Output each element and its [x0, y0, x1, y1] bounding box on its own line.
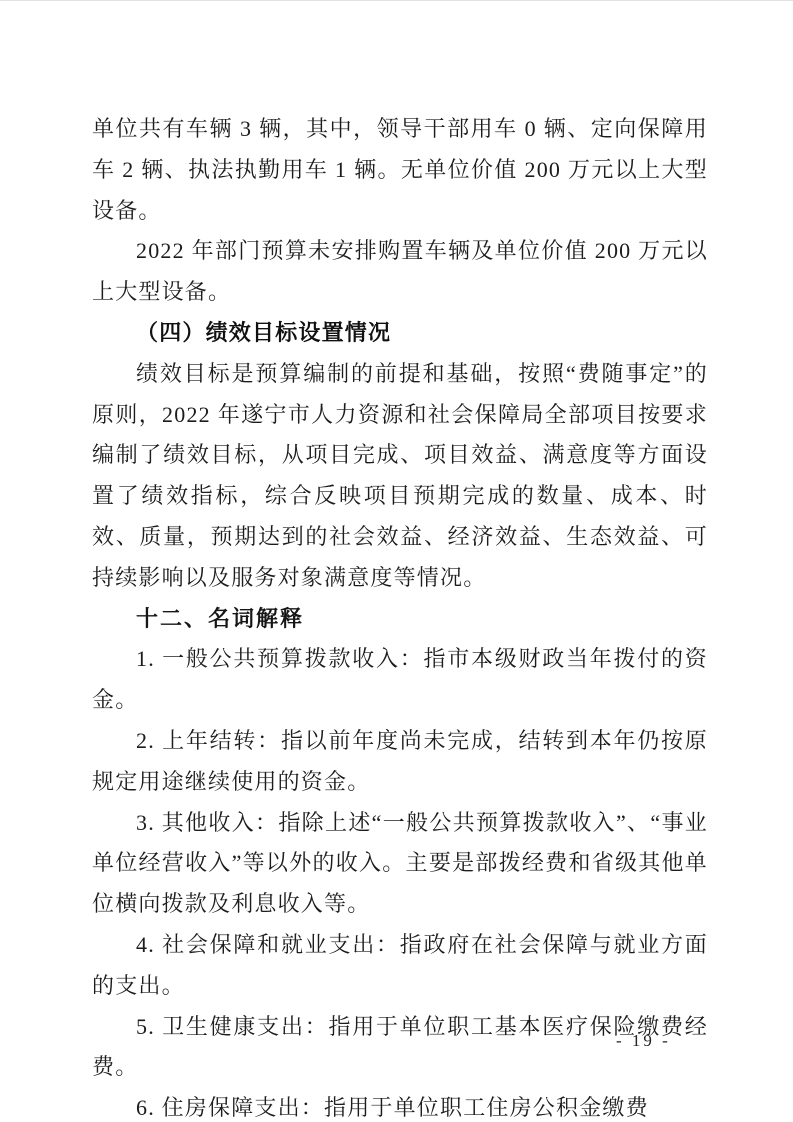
glossary-item-3: 3. 其他收入：指除上述“一般公共预算拨款收入”、“事业单位经营收入”等以外的收… — [92, 803, 708, 925]
paragraph-budget-no-purchase: 2022 年部门预算未安排购置车辆及单位价值 200 万元以上大型设备。 — [92, 231, 708, 313]
glossary-item-6: 6. 住房保障支出：指用于单位职工住房公积金缴费 — [92, 1088, 708, 1122]
section-heading-performance-targets: （四）绩效目标设置情况 — [92, 313, 708, 354]
glossary-item-1: 1. 一般公共预算拨款收入：指市本级财政当年拨付的资金。 — [92, 639, 708, 721]
paragraph-performance-targets-body: 绩效目标是预算编制的前提和基础，按照“费随事定”的原则，2022 年遂宁市人力资… — [92, 354, 708, 599]
section-heading-glossary: 十二、名词解释 — [92, 599, 708, 640]
document-page: { "document": { "paragraphs": { "vehicle… — [0, 0, 793, 1122]
glossary-item-4: 4. 社会保障和就业支出：指政府在社会保障与就业方面的支出。 — [92, 925, 708, 1007]
page-background: 单位共有车辆 3 辆，其中，领导干部用车 0 辆、定向保障用车 2 辆、执法执勤… — [0, 0, 793, 1122]
page-text-block: 单位共有车辆 3 辆，其中，领导干部用车 0 辆、定向保障用车 2 辆、执法执勤… — [92, 109, 708, 1122]
paragraph-vehicles-continued: 单位共有车辆 3 辆，其中，领导干部用车 0 辆、定向保障用车 2 辆、执法执勤… — [92, 109, 708, 231]
glossary-item-2: 2. 上年结转：指以前年度尚未完成，结转到本年仍按原规定用途继续使用的资金。 — [92, 721, 708, 803]
page-number: - 19 - — [616, 1031, 671, 1051]
